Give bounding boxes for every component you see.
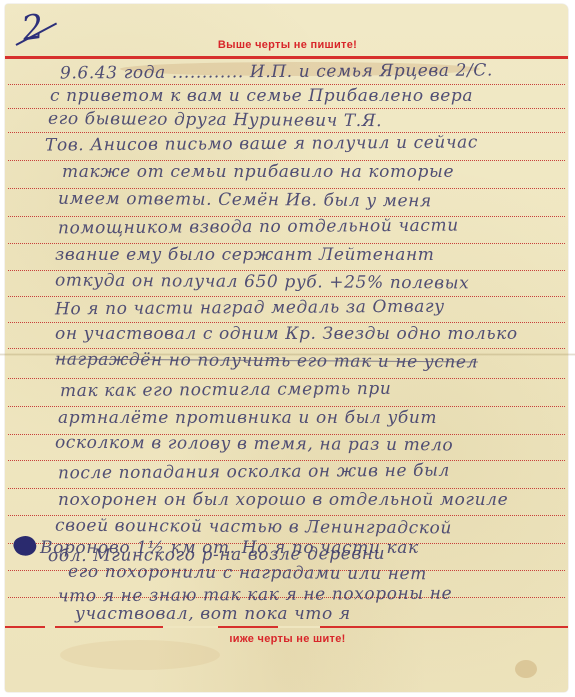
handwritten-line: Вороново 1½ км от. Но я по части как bbox=[40, 538, 419, 558]
handwritten-line: его бывшего друга Нуриневич Т.Я. bbox=[48, 109, 382, 131]
rule-gap bbox=[278, 626, 320, 628]
rule-gap bbox=[45, 626, 55, 628]
handwritten-line: что я не знаю так как я не похороны не bbox=[58, 584, 452, 607]
handwritten-line: откуда он получал 650 руб. +25% полевых bbox=[55, 271, 469, 294]
handwritten-line: Тов. Анисов письмо ваше я получил и сейч… bbox=[45, 132, 478, 155]
ruled-dotted-line bbox=[8, 243, 565, 244]
handwritten-line: помощником взвода по отдельной части bbox=[58, 216, 459, 239]
handwritten-line: награждён но получить его так и не успел bbox=[55, 350, 478, 373]
handwritten-line: участвовал, вот пока что я bbox=[75, 604, 351, 624]
top-red-rule bbox=[5, 56, 568, 59]
handwritten-line: 9.6.43 года ............ И.П. и семья Яр… bbox=[60, 60, 493, 83]
ruled-dotted-line bbox=[8, 488, 565, 489]
handwritten-line: Но я по части наград медаль за Отвагу bbox=[55, 297, 445, 320]
handwritten-line: после попадания осколка он жив не был bbox=[58, 461, 450, 484]
handwritten-line: он участвовал с одним Кр. Звезды одно то… bbox=[55, 324, 518, 344]
ruled-dotted-line bbox=[8, 322, 565, 323]
header-warning: Выше черты не пишите! bbox=[0, 39, 575, 51]
handwritten-line: так как его постигла смерть при bbox=[60, 379, 392, 401]
handwritten-line: имеем ответы. Семён Ив. был у меня bbox=[58, 189, 432, 212]
ruled-dotted-line bbox=[8, 406, 565, 407]
handwritten-line: осколком в голову в темя, на раз и тело bbox=[55, 433, 453, 456]
handwritten-line: с приветом к вам и семье Прибавлено вера bbox=[50, 86, 473, 106]
rule-gap bbox=[163, 626, 218, 628]
handwritten-line: артналёте противника и он был убит bbox=[58, 408, 437, 428]
handwritten-line: похоронен он был хорошо в отдельной моги… bbox=[58, 490, 508, 510]
handwritten-line: звание ему было сержант Лейтенант bbox=[55, 245, 435, 265]
ruled-dotted-line bbox=[8, 160, 565, 161]
ruled-dotted-line bbox=[8, 84, 565, 85]
paper-stain bbox=[515, 660, 537, 678]
handwritten-line: своей воинской частью в Ленинградской bbox=[55, 516, 452, 539]
footer-warning: ıиже черты не шите! bbox=[0, 633, 575, 645]
handwritten-line: также от семьи прибавило на которые bbox=[62, 162, 454, 182]
handwritten-line: его похоронили с наградами или нет bbox=[68, 562, 427, 585]
